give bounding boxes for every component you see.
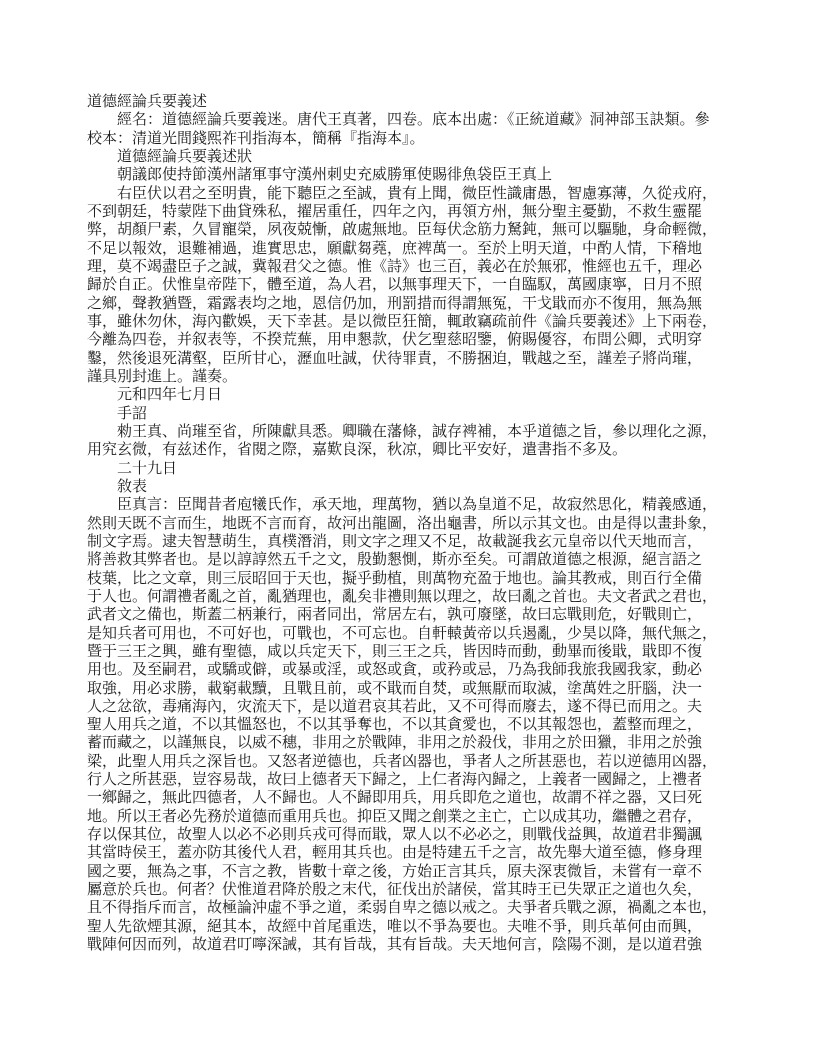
text-line: 右臣伏以君之至明貴，能下聽臣之至誠，貴有上聞，微臣性識庸愚，智慮寡薄，久從戎府， [87, 185, 735, 203]
text-line: 人之忿欲，毒痛海內，灾流天下，是以道君哀其若此，又不可得而廢去，遂不得已而用之。… [87, 698, 735, 716]
text-line: 取強，用必求勝，載窮載黷，且戰且前，或不戢而自焚，或無厭而取滅，塗萬姓之肝腦，決… [87, 680, 735, 698]
text-line: 校本：清道光間錢熙祚刊指海本，簡稱『指海本』。 [87, 130, 735, 148]
text-line: 地。所以王者必先務於道德而重用兵也。抑臣又聞之創業之主亡，亡以成其功，繼體之君存… [87, 808, 735, 826]
text-line: 梁，此聖人用兵之深旨也。又怒者逆德也，兵者凶器也，爭者人之所甚惡也，若以逆德用凶… [87, 753, 735, 771]
text-line: 國之要，無為之事，不言之教，皆數十章之後，方始正言其兵，原夫深衷微旨，未嘗有一章… [87, 863, 735, 881]
text-line: 歸於自正。伏惟皇帝陛下，體至道，為人君，以無事理天下，一自臨馭，萬國康寧，日月不… [87, 276, 735, 294]
text-line: 暨于三王之興，雖有聖德，咸以兵定天下，則三王之兵，皆因時而動，動畢而後戢，戢即不… [87, 643, 735, 661]
text-line: 一鄉歸之，無此四德者，人不歸也。人不歸即用兵，用兵即危之道也，故謂不祥之器，又曰… [87, 789, 735, 807]
text-line: 元和四年七月日 [87, 386, 735, 404]
text-line: 聖人先欲煙其源，絕其本，故經中首尾重迭，唯以不爭為要也。夫唯不爭，則兵革何由而興… [87, 918, 735, 936]
text-line: 勑王真、尚璀至省，所陳獻具悉。卿職在藩條，誠存裨補，本乎道德之旨，參以理化之源， [87, 423, 735, 441]
text-line: 謹具別封進上。謹奏。 [87, 368, 735, 386]
text-line: 事，雖休勿休，海內歡娛，天下幸甚。是以微臣狂簡，輒敢竊疏前件《論兵要義述》上下兩… [87, 313, 735, 331]
text-line: 存以保其位，故聖人以必不必則兵戎可得而戢，眾人以不必必之，則戰伐益興，故道君非獨… [87, 826, 735, 844]
text-line: 不到朝廷，特蒙陛下曲貸殊私，擢居重任，四年之內，再領方州，無分聖主憂勤，不救生靈… [87, 203, 735, 221]
text-line: 制文字焉。逮夫智慧萌生，真樸潛消，則文字之理又不足，故載誕我玄元皇帝以代天地而言… [87, 533, 735, 551]
text-line: 是知兵者可用也，不可好也，可戰也，不可忘也。自軒轅黃帝以兵遏亂，少昊以降，無代無… [87, 625, 735, 643]
text-line: 鑿，然後退死溝壑，臣所甘心，瀝血吐誠，伏待罪責，不勝捆迫，戰越之至，謹差子將尚璀… [87, 350, 735, 368]
text-line: 聖人用兵之道，不以其慍怒也，不以其爭奪也，不以其貪愛也，不以其報怨也，蓋整而理之… [87, 716, 735, 734]
text-line: 枝葉，比之文章，則三辰昭回于天也，擬乎動植，則萬物充盈于地也。論其教戒，則百行全… [87, 570, 735, 588]
document-body: 道德經論兵要義述經名：道德經論兵要義迷。唐代王真著，四卷。底本出處：《正統道藏》… [87, 93, 735, 954]
text-line: 經名：道德經論兵要義迷。唐代王真著，四卷。底本出處：《正統道藏》洞神部玉訣類。參 [87, 111, 735, 129]
text-line: 道德經論兵要義述狀 [87, 148, 735, 166]
text-line: 之鄉，聲教猶暨，霜露表均之地，恩信仍加，刑罰措而得謂無冤，干戈戢而亦不復用，無為… [87, 295, 735, 313]
text-line: 弊，胡顏尸素，久冒寵榮，夙夜兢慚，啟處無地。臣每伏念筋力駑鈍，無可以驅馳，身命輕… [87, 221, 735, 239]
document-title: 道德經論兵要義述 [87, 93, 735, 111]
text-line: 屬意於兵也。何者？伏惟道君降於殷之末代，征伐出於諸侯，當其時王已失眾正之道也久矣… [87, 881, 735, 899]
text-line: 于人也。何謂禮者亂之首，亂猶理也，亂矣非禮則無以理之，故曰亂之首也。夫文者武之君… [87, 588, 735, 606]
text-line: 不足以報效，退難補過，進實思忠，願獻芻蕘，庶裨萬一。至於上明天道，中酌人情，下稽… [87, 240, 735, 258]
text-line: 武者文之備也，斯蓋二柄兼行，兩者同出，常居左右，孰可廢墜，故曰忘戰則危，好戰則亡… [87, 606, 735, 624]
text-line: 臣真言：臣聞昔者庖犧氏作，承天地，理萬物，猶以為皇道不足，故寂然思化，精義感通， [87, 496, 735, 514]
text-line: 用究玄微，有兹述作，省閱之際，嘉歎良深，秋凉，卿比平安好，遣書指不多及。 [87, 441, 735, 459]
text-line: 用也。及至嗣君，或驕或僻，或暴或淫，或怒或貪，或矜或忌，乃為我師我旅我國我家，動… [87, 661, 735, 679]
text-line: 戰陣何因而列，故道君叮嚀深誡，其有旨哉，其有旨哉。夫天地何言，陰陽不測，是以道君… [87, 936, 735, 954]
text-line: 蓄而藏之，以謹無良，以威不穗，非用之於戰陣，非用之於殺伐，非用之於田獵，非用之於… [87, 734, 735, 752]
text-line: 且不得指斥而言，故極論沖虛不爭之道，柔弱自卑之德以戒之。夫爭者兵戰之源，禍亂之本… [87, 899, 735, 917]
text-line: 朝議郎使持節漢州諸軍事守漢州刺史充威勝軍使賜徘魚袋臣王真上 [87, 166, 735, 184]
document-page: 道德經論兵要義述經名：道德經論兵要義迷。唐代王真著，四卷。底本出處：《正統道藏》… [0, 0, 816, 1056]
text-line: 理，莫不竭盡臣子之誠，冀報君父之德。惟《詩》也三百，義必在於無邪，惟經也五千，理… [87, 258, 735, 276]
text-line: 今離為四卷，并叙表等，不揆荒蕪，用申懇款，伏乞聖慈昭鑒，俯賜優容，布問公卿，式明… [87, 331, 735, 349]
text-line: 敘表 [87, 478, 735, 496]
text-line: 手詔 [87, 405, 735, 423]
text-line: 二十九日 [87, 460, 735, 478]
text-line: 然則天既不言而生，地既不言而育，故河出龍圖，洛出龜書，所以示其文也。由是得以畫卦… [87, 515, 735, 533]
text-line: 其當時侯王，蓋亦防其後代人君，輕用其兵也。由是特建五千之言，故先舉大道至德，修身… [87, 844, 735, 862]
text-line: 將善救其弊者也。是以諄諄然五千之文，殷勤懇惻，斯亦至矣。可謂啟道德之根源，絕言語… [87, 551, 735, 569]
text-line: 行人之所甚惡，豈容易哉，故曰上德者天下歸之，上仁者海內歸之，上義者一國歸之，上禮… [87, 771, 735, 789]
